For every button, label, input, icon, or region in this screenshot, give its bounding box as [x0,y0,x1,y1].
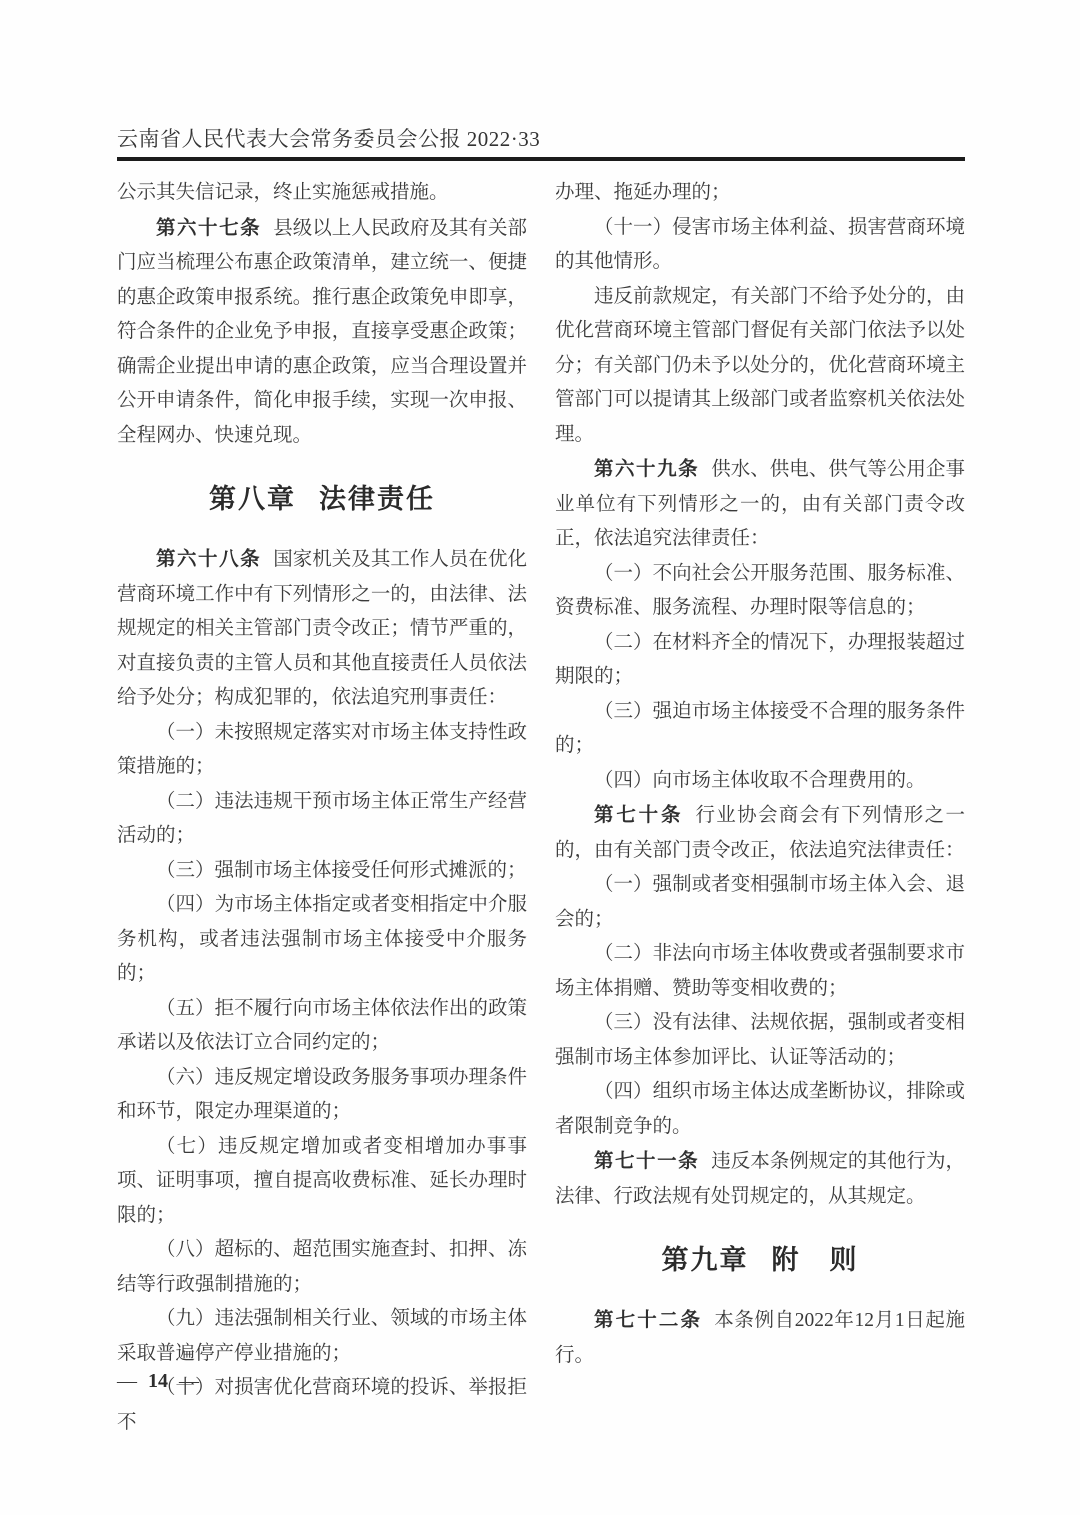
page-footer: —14— [117,1370,199,1393]
list-item-paragraph: （三）强迫市场主体接受不合理的服务条件的； [555,695,965,764]
clause-paragraph: 违反前款规定，有关部门不给予处分的，由优化营商环境主管部门督促有关部门依法予以处… [555,280,965,453]
article-67-number: 第六十七条 [156,217,261,239]
list-item-paragraph: （二）在材料齐全的情况下，办理报装超过期限的； [555,626,965,695]
page-header: 云南省人民代表大会常务委员会公报 2022·33 [117,123,965,153]
list-item-paragraph: （一）未按照规定落实对市场主体支持性政策措施的； [117,716,527,785]
chapter-9-number: 第九章 [662,1245,749,1275]
list-item-paragraph: （三）强制市场主体接受任何形式摊派的； [117,854,527,889]
chapter-8-heading: 第八章法律责任 [117,477,527,516]
chapter-8-number: 第八章 [209,484,296,514]
article-72-paragraph: 第七十二条本条例自2022年12月1日起施行。 [555,1303,965,1373]
article-68-paragraph: 第六十八条国家机关及其工作人员在优化营商环境工作中有下列情形之一的，由法律、法规… [117,542,527,716]
chapter-8-title: 法律责任 [319,484,435,514]
list-item-paragraph: （九）违法强制相关行业、领域的市场主体采取普遍停产停业措施的； [117,1302,527,1371]
list-item-paragraph: （一）强制或者变相强制市场主体入会、退会的； [555,868,965,937]
continuation-paragraph: 办理、拖延办理的； [555,176,965,211]
article-69-number: 第六十九条 [594,458,699,480]
list-item-paragraph: （三）没有法律、法规依据，强制或者变相强制市场主体参加评比、认证等活动的； [555,1006,965,1075]
page-number: 14 [148,1370,168,1392]
article-70-paragraph: 第七十条行业协会商会有下列情形之一的，由有关部门责令改正，依法追究法律责任： [555,798,965,868]
left-column: 公示其失信记录，终止实施惩戒措施。 第六十七条县级以上人民政府及其有关部门应当梳… [117,176,527,1440]
right-column: 办理、拖延办理的； （十一）侵害市场主体利益、损害营商环境的其他情形。 违反前款… [555,176,965,1440]
header-rule [117,157,965,161]
list-item-paragraph: （四）组织市场主体达成垄断协议，排除或者限制竞争的。 [555,1075,965,1144]
list-item-paragraph: （二）违法违规干预市场主体正常生产经营活动的； [117,785,527,854]
article-67-paragraph: 第六十七条县级以上人民政府及其有关部门应当梳理公布惠企政策清单，建立统一、便捷的… [117,211,527,454]
article-68-text: 国家机关及其工作人员在优化营商环境工作中有下列情形之一的，由法律、法规规定的相关… [117,549,527,708]
content-columns: 公示其失信记录，终止实施惩戒措施。 第六十七条县级以上人民政府及其有关部门应当梳… [117,176,965,1440]
article-69-paragraph: 第六十九条供水、供电、供气等公用企事业单位有下列情形之一的，由有关部门责令改正，… [555,452,965,557]
article-67-text: 县级以上人民政府及其有关部门应当梳理公布惠企政策清单，建立统一、便捷的惠企政策申… [117,218,527,446]
list-item-paragraph: （二）非法向市场主体收费或者强制要求市场主体捐赠、赞助等变相收费的； [555,937,965,1006]
article-71-number: 第七十一条 [594,1150,699,1172]
chapter-9-title: 附 则 [771,1245,858,1275]
chapter-9-heading: 第九章附 则 [555,1238,965,1277]
list-item-paragraph: （十一）侵害市场主体利益、损害营商环境的其他情形。 [555,211,965,280]
article-71-paragraph: 第七十一条违反本条例规定的其他行为，法律、行政法规有处罚规定的，从其规定。 [555,1144,965,1214]
list-item-paragraph: （四）向市场主体收取不合理费用的。 [555,764,965,799]
footer-dash-right: — [179,1370,199,1392]
list-item-paragraph: （六）违反规定增设政务服务事项办理条件和环节，限定办理渠道的； [117,1061,527,1130]
footer-dash-left: — [117,1370,137,1392]
gazette-page: 云南省人民代表大会常务委员会公报 2022·33 公示其失信记录，终止实施惩戒措… [0,0,1080,1515]
article-70-number: 第七十条 [594,804,683,826]
list-item-paragraph: （八）超标的、超范围实施查封、扣押、冻结等行政强制措施的； [117,1233,527,1302]
list-item-paragraph: （七）违反规定增加或者变相增加办事事项、证明事项，擅自提高收费标准、延长办理时限… [117,1130,527,1234]
article-72-number: 第七十二条 [594,1309,702,1331]
list-item-paragraph: （五）拒不履行向市场主体依法作出的政策承诺以及依法订立合同约定的； [117,992,527,1061]
gazette-title: 云南省人民代表大会常务委员会公报 2022·33 [117,127,540,151]
article-68-number: 第六十八条 [156,548,261,570]
list-item-paragraph: （一）不向社会公开服务范围、服务标准、资费标准、服务流程、办理时限等信息的； [555,557,965,626]
continuation-paragraph: 公示其失信记录，终止实施惩戒措施。 [117,176,527,211]
list-item-paragraph: （四）为市场主体指定或者变相指定中介服务机构，或者违法强制市场主体接受中介服务的… [117,888,527,992]
